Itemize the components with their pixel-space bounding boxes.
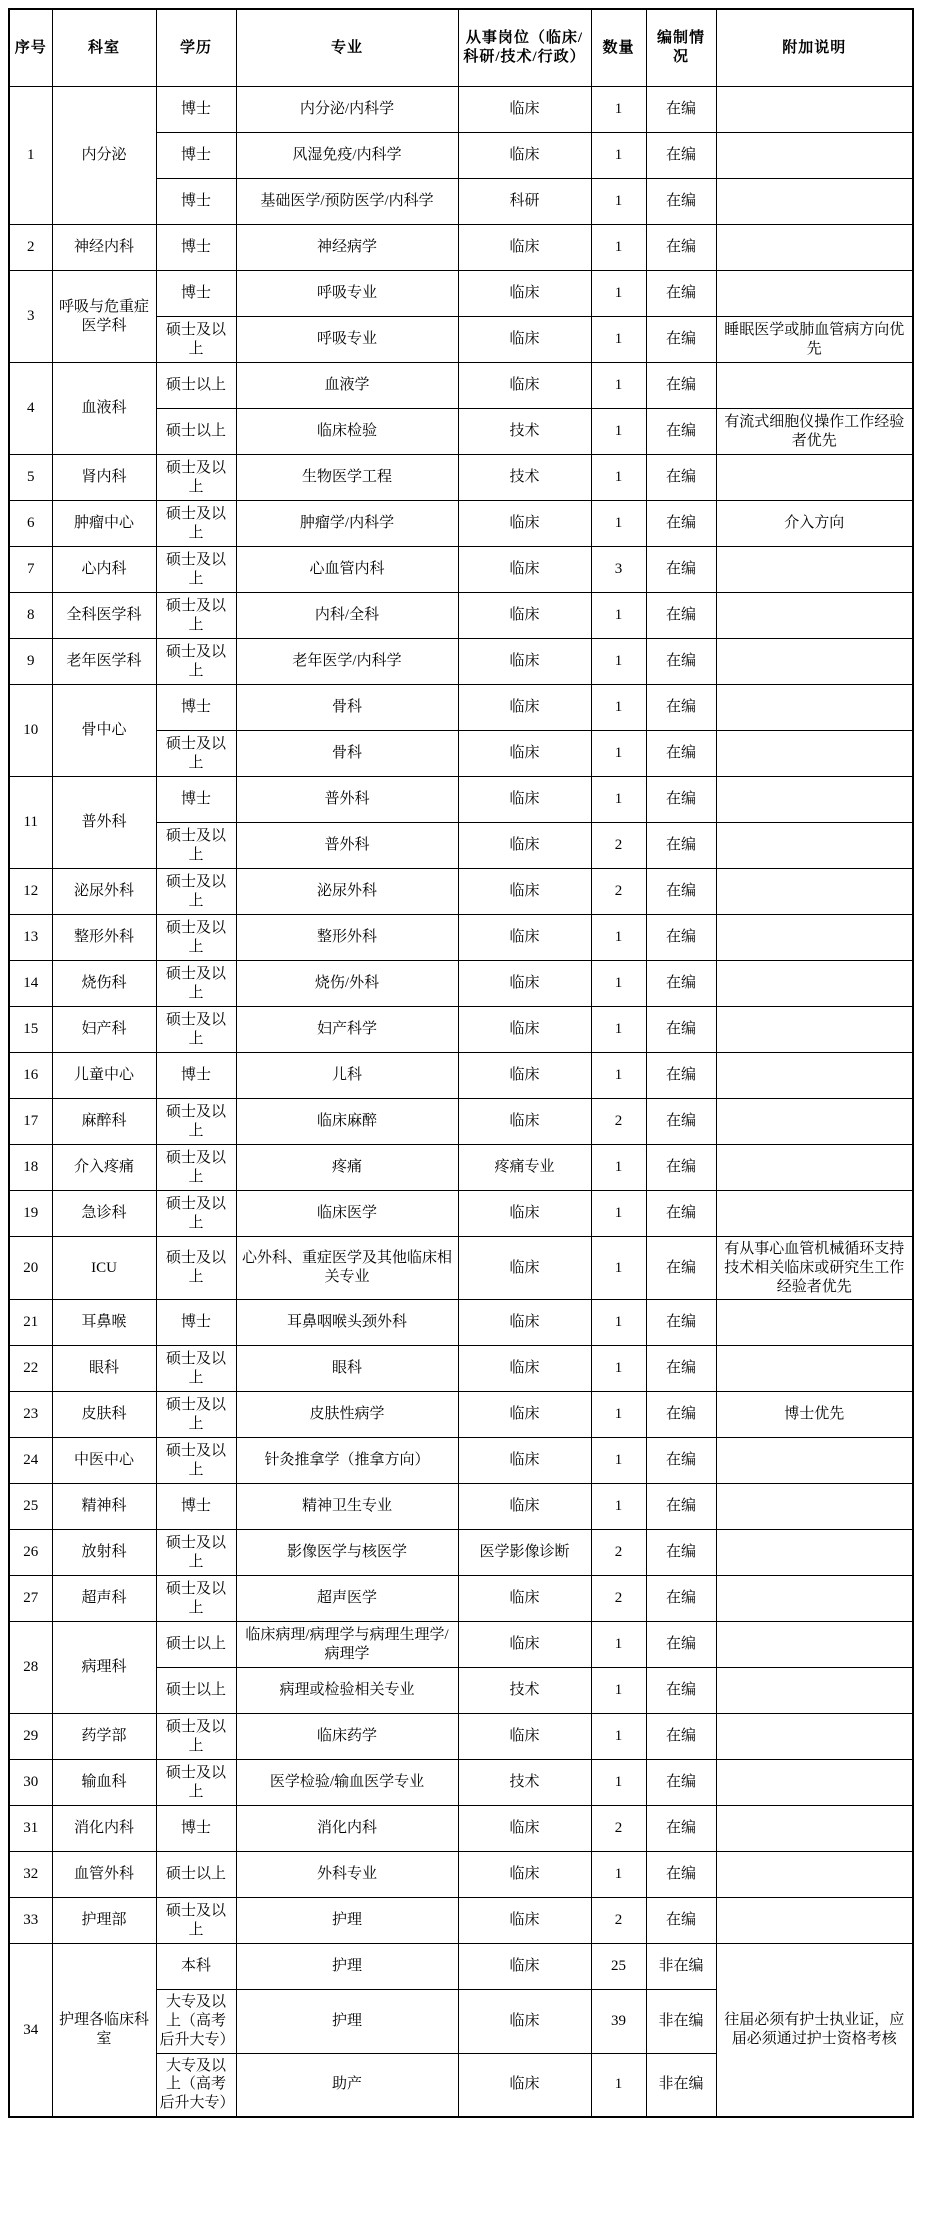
table-row: 22眼科硕士及以上眼科临床1在编 [9,1346,913,1392]
page: 序号科室学历专业从事岗位（临床/科研/技术/行政）数量编制情况附加说明 1内分泌… [0,0,926,2219]
major-cell: 护理 [236,1898,458,1944]
row-number-cell: 16 [9,1053,52,1099]
status-cell: 在编 [646,317,716,363]
department-cell: ICU [52,1237,156,1300]
table-row: 23皮肤科硕士及以上皮肤性病学临床1在编博士优先 [9,1392,913,1438]
note-cell [716,731,913,777]
count-cell: 1 [591,915,646,961]
table-row: 5肾内科硕士及以上生物医学工程技术1在编 [9,455,913,501]
note-cell [716,1145,913,1191]
status-cell: 在编 [646,731,716,777]
count-cell: 1 [591,2053,646,2117]
col-header-post: 从事岗位（临床/科研/技术/行政） [458,9,591,87]
department-cell: 心内科 [52,547,156,593]
count-cell: 1 [591,777,646,823]
col-header-note: 附加说明 [716,9,913,87]
table-row: 3呼吸与危重症医学科博士呼吸专业临床1在编 [9,271,913,317]
major-cell: 影像医学与核医学 [236,1530,458,1576]
education-cell: 硕士及以上 [156,1898,236,1944]
education-cell: 硕士及以上 [156,317,236,363]
major-cell: 皮肤性病学 [236,1392,458,1438]
major-cell: 妇产科学 [236,1007,458,1053]
row-number-cell: 18 [9,1145,52,1191]
major-cell: 基础医学/预防医学/内科学 [236,179,458,225]
education-cell: 博士 [156,1300,236,1346]
post-cell: 临床 [458,1007,591,1053]
post-cell: 临床 [458,1484,591,1530]
table-row: 2神经内科博士神经病学临床1在编 [9,225,913,271]
row-number-cell: 9 [9,639,52,685]
col-header-count: 数量 [591,9,646,87]
row-number-cell: 29 [9,1714,52,1760]
department-cell: 血液科 [52,363,156,455]
major-cell: 骨科 [236,731,458,777]
row-number-cell: 7 [9,547,52,593]
header-row: 序号科室学历专业从事岗位（临床/科研/技术/行政）数量编制情况附加说明 [9,9,913,87]
count-cell: 1 [591,1438,646,1484]
major-cell: 针灸推拿学（推拿方向） [236,1438,458,1484]
table-row: 19急诊科硕士及以上临床医学临床1在编 [9,1191,913,1237]
count-cell: 1 [591,1145,646,1191]
education-cell: 博士 [156,1484,236,1530]
department-cell: 全科医学科 [52,593,156,639]
post-cell: 临床 [458,1099,591,1145]
status-cell: 在编 [646,547,716,593]
table-row: 28病理科硕士以上临床病理/病理学与病理生理学/病理学临床1在编 [9,1622,913,1668]
department-cell: 烧伤科 [52,961,156,1007]
count-cell: 1 [591,593,646,639]
status-cell: 在编 [646,179,716,225]
major-cell: 耳鼻咽喉头颈外科 [236,1300,458,1346]
education-cell: 硕士以上 [156,1852,236,1898]
status-cell: 在编 [646,1392,716,1438]
table-row: 25精神科博士精神卫生专业临床1在编 [9,1484,913,1530]
education-cell: 硕士及以上 [156,869,236,915]
major-cell: 临床药学 [236,1714,458,1760]
col-header-no: 序号 [9,9,52,87]
education-cell: 硕士及以上 [156,1438,236,1484]
post-cell: 临床 [458,1806,591,1852]
table-row: 20ICU硕士及以上心外科、重症医学及其他临床相关专业临床1在编有从事心血管机械… [9,1237,913,1300]
major-cell: 骨科 [236,685,458,731]
table-row: 6肿瘤中心硕士及以上肿瘤学/内科学临床1在编介入方向 [9,501,913,547]
status-cell: 在编 [646,1714,716,1760]
count-cell: 1 [591,1852,646,1898]
row-number-cell: 6 [9,501,52,547]
major-cell: 老年医学/内科学 [236,639,458,685]
count-cell: 1 [591,501,646,547]
count-cell: 1 [591,1007,646,1053]
count-cell: 1 [591,317,646,363]
post-cell: 临床 [458,731,591,777]
row-number-cell: 24 [9,1438,52,1484]
department-cell: 药学部 [52,1714,156,1760]
status-cell: 在编 [646,639,716,685]
row-number-cell: 13 [9,915,52,961]
post-cell: 临床 [458,1053,591,1099]
status-cell: 在编 [646,1346,716,1392]
table-row: 16儿童中心博士儿科临床1在编 [9,1053,913,1099]
post-cell: 临床 [458,1898,591,1944]
education-cell: 硕士及以上 [156,639,236,685]
note-cell [716,1898,913,1944]
department-cell: 眼科 [52,1346,156,1392]
row-number-cell: 28 [9,1622,52,1714]
education-cell: 大专及以上（高考后升大专） [156,1990,236,2053]
department-cell: 耳鼻喉 [52,1300,156,1346]
count-cell: 1 [591,1237,646,1300]
row-number-cell: 19 [9,1191,52,1237]
post-cell: 临床 [458,87,591,133]
note-cell [716,225,913,271]
count-cell: 25 [591,1944,646,1990]
education-cell: 硕士及以上 [156,1007,236,1053]
table-row: 26放射科硕士及以上影像医学与核医学医学影像诊断2在编 [9,1530,913,1576]
row-number-cell: 15 [9,1007,52,1053]
count-cell: 1 [591,731,646,777]
table-row: 7心内科硕士及以上心血管内科临床3在编 [9,547,913,593]
department-cell: 麻醉科 [52,1099,156,1145]
count-cell: 1 [591,1191,646,1237]
count-cell: 1 [591,1760,646,1806]
major-cell: 护理 [236,1990,458,2053]
post-cell: 临床 [458,1990,591,2053]
count-cell: 1 [591,271,646,317]
count-cell: 1 [591,685,646,731]
major-cell: 护理 [236,1944,458,1990]
major-cell: 整形外科 [236,915,458,961]
post-cell: 临床 [458,317,591,363]
department-cell: 中医中心 [52,1438,156,1484]
status-cell: 在编 [646,869,716,915]
department-cell: 急诊科 [52,1191,156,1237]
department-cell: 骨中心 [52,685,156,777]
department-cell: 介入疼痛 [52,1145,156,1191]
count-cell: 2 [591,869,646,915]
status-cell: 非在编 [646,1990,716,2053]
table-row: 29药学部硕士及以上临床药学临床1在编 [9,1714,913,1760]
major-cell: 生物医学工程 [236,455,458,501]
education-cell: 博士 [156,87,236,133]
col-header-education: 学历 [156,9,236,87]
recruitment-table: 序号科室学历专业从事岗位（临床/科研/技术/行政）数量编制情况附加说明 1内分泌… [8,8,914,2118]
post-cell: 临床 [458,1944,591,1990]
row-number-cell: 21 [9,1300,52,1346]
count-cell: 2 [591,1530,646,1576]
table-row: 13整形外科硕士及以上整形外科临床1在编 [9,915,913,961]
note-cell [716,777,913,823]
count-cell: 2 [591,1099,646,1145]
education-cell: 硕士及以上 [156,1346,236,1392]
status-cell: 在编 [646,915,716,961]
table-body: 1内分泌博士内分泌/内科学临床1在编博士风湿免疫/内科学临床1在编博士基础医学/… [9,87,913,2117]
note-cell [716,685,913,731]
post-cell: 临床 [458,547,591,593]
education-cell: 博士 [156,179,236,225]
post-cell: 临床 [458,777,591,823]
major-cell: 内分泌/内科学 [236,87,458,133]
education-cell: 硕士以上 [156,409,236,455]
status-cell: 在编 [646,501,716,547]
post-cell: 技术 [458,1668,591,1714]
major-cell: 心血管内科 [236,547,458,593]
status-cell: 在编 [646,777,716,823]
education-cell: 硕士以上 [156,1668,236,1714]
post-cell: 技术 [458,1760,591,1806]
note-cell [716,1099,913,1145]
count-cell: 1 [591,1300,646,1346]
note-cell [716,1484,913,1530]
major-cell: 烧伤/外科 [236,961,458,1007]
col-header-department: 科室 [52,9,156,87]
count-cell: 1 [591,1714,646,1760]
status-cell: 在编 [646,133,716,179]
education-cell: 硕士及以上 [156,1191,236,1237]
count-cell: 1 [591,133,646,179]
row-number-cell: 2 [9,225,52,271]
row-number-cell: 11 [9,777,52,869]
status-cell: 在编 [646,1530,716,1576]
table-row: 17麻醉科硕士及以上临床麻醉临床2在编 [9,1099,913,1145]
row-number-cell: 12 [9,869,52,915]
department-cell: 儿童中心 [52,1053,156,1099]
note-cell: 介入方向 [716,501,913,547]
post-cell: 临床 [458,1346,591,1392]
count-cell: 1 [591,639,646,685]
major-cell: 精神卫生专业 [236,1484,458,1530]
department-cell: 超声科 [52,1576,156,1622]
major-cell: 临床医学 [236,1191,458,1237]
status-cell: 在编 [646,1191,716,1237]
education-cell: 硕士及以上 [156,1237,236,1300]
department-cell: 消化内科 [52,1806,156,1852]
department-cell: 普外科 [52,777,156,869]
post-cell: 临床 [458,869,591,915]
row-number-cell: 1 [9,87,52,225]
status-cell: 在编 [646,455,716,501]
note-cell [716,823,913,869]
major-cell: 临床检验 [236,409,458,455]
note-cell [716,593,913,639]
post-cell: 临床 [458,685,591,731]
status-cell: 非在编 [646,2053,716,2117]
post-cell: 临床 [458,1714,591,1760]
post-cell: 临床 [458,225,591,271]
row-number-cell: 34 [9,1944,52,2117]
major-cell: 血液学 [236,363,458,409]
status-cell: 在编 [646,1237,716,1300]
table-row: 21耳鼻喉博士耳鼻咽喉头颈外科临床1在编 [9,1300,913,1346]
department-cell: 护理各临床科室 [52,1944,156,2117]
table-header: 序号科室学历专业从事岗位（临床/科研/技术/行政）数量编制情况附加说明 [9,9,913,87]
status-cell: 在编 [646,1760,716,1806]
count-cell: 1 [591,1392,646,1438]
note-cell: 有流式细胞仪操作工作经验者优先 [716,409,913,455]
note-cell [716,1622,913,1668]
table-row: 10骨中心博士骨科临床1在编 [9,685,913,731]
post-cell: 临床 [458,961,591,1007]
note-cell [716,455,913,501]
department-cell: 泌尿外科 [52,869,156,915]
education-cell: 博士 [156,271,236,317]
count-cell: 1 [591,455,646,501]
note-cell: 睡眠医学或肺血管病方向优先 [716,317,913,363]
post-cell: 临床 [458,1191,591,1237]
table-row: 11普外科博士普外科临床1在编 [9,777,913,823]
education-cell: 硕士及以上 [156,731,236,777]
major-cell: 普外科 [236,823,458,869]
status-cell: 在编 [646,87,716,133]
note-cell [716,133,913,179]
note-cell [716,1300,913,1346]
post-cell: 临床 [458,1576,591,1622]
education-cell: 硕士及以上 [156,915,236,961]
note-cell [716,1053,913,1099]
count-cell: 3 [591,547,646,593]
note-cell [716,1806,913,1852]
major-cell: 医学检验/输血医学专业 [236,1760,458,1806]
post-cell: 临床 [458,133,591,179]
note-cell [716,1852,913,1898]
post-cell: 临床 [458,593,591,639]
status-cell: 在编 [646,1099,716,1145]
major-cell: 神经病学 [236,225,458,271]
post-cell: 临床 [458,2053,591,2117]
row-number-cell: 4 [9,363,52,455]
row-number-cell: 22 [9,1346,52,1392]
status-cell: 在编 [646,1053,716,1099]
education-cell: 博士 [156,1053,236,1099]
note-cell [716,869,913,915]
note-cell: 博士优先 [716,1392,913,1438]
note-cell: 有从事心血管机械循环支持技术相关临床或研究生工作经验者优先 [716,1237,913,1300]
count-cell: 2 [591,1806,646,1852]
department-cell: 精神科 [52,1484,156,1530]
post-cell: 技术 [458,409,591,455]
education-cell: 硕士及以上 [156,1760,236,1806]
note-cell [716,1576,913,1622]
table-row: 4血液科硕士以上血液学临床1在编 [9,363,913,409]
education-cell: 硕士及以上 [156,501,236,547]
department-cell: 肾内科 [52,455,156,501]
education-cell: 硕士及以上 [156,455,236,501]
count-cell: 1 [591,1622,646,1668]
count-cell: 39 [591,1990,646,2053]
status-cell: 在编 [646,1484,716,1530]
table-row: 27超声科硕士及以上超声医学临床2在编 [9,1576,913,1622]
status-cell: 在编 [646,1806,716,1852]
major-cell: 普外科 [236,777,458,823]
post-cell: 临床 [458,1392,591,1438]
post-cell: 临床 [458,363,591,409]
education-cell: 硕士及以上 [156,961,236,1007]
department-cell: 放射科 [52,1530,156,1576]
note-cell: 往届必须有护士执业证，应届必须通过护士资格考核 [716,1944,913,2117]
post-cell: 临床 [458,915,591,961]
table-row: 33护理部硕士及以上护理临床2在编 [9,1898,913,1944]
education-cell: 硕士及以上 [156,547,236,593]
count-cell: 1 [591,1484,646,1530]
count-cell: 1 [591,961,646,1007]
row-number-cell: 20 [9,1237,52,1300]
count-cell: 1 [591,1053,646,1099]
department-cell: 护理部 [52,1898,156,1944]
major-cell: 外科专业 [236,1852,458,1898]
major-cell: 呼吸专业 [236,317,458,363]
note-cell [716,363,913,409]
table-row: 9老年医学科硕士及以上老年医学/内科学临床1在编 [9,639,913,685]
status-cell: 在编 [646,409,716,455]
education-cell: 硕士及以上 [156,1145,236,1191]
major-cell: 内科/全科 [236,593,458,639]
major-cell: 风湿免疫/内科学 [236,133,458,179]
note-cell [716,1760,913,1806]
table-row: 12泌尿外科硕士及以上泌尿外科临床2在编 [9,869,913,915]
note-cell [716,1530,913,1576]
major-cell: 疼痛 [236,1145,458,1191]
department-cell: 血管外科 [52,1852,156,1898]
note-cell [716,1714,913,1760]
table-row: 18介入疼痛硕士及以上疼痛疼痛专业1在编 [9,1145,913,1191]
count-cell: 1 [591,87,646,133]
department-cell: 病理科 [52,1622,156,1714]
status-cell: 在编 [646,1300,716,1346]
table-row: 15妇产科硕士及以上妇产科学临床1在编 [9,1007,913,1053]
post-cell: 临床 [458,501,591,547]
department-cell: 妇产科 [52,1007,156,1053]
department-cell: 肿瘤中心 [52,501,156,547]
count-cell: 1 [591,1346,646,1392]
status-cell: 在编 [646,1007,716,1053]
status-cell: 在编 [646,271,716,317]
count-cell: 1 [591,1668,646,1714]
row-number-cell: 3 [9,271,52,363]
note-cell [716,1438,913,1484]
education-cell: 硕士及以上 [156,1576,236,1622]
row-number-cell: 14 [9,961,52,1007]
education-cell: 硕士以上 [156,1622,236,1668]
table-row: 24中医中心硕士及以上针灸推拿学（推拿方向）临床1在编 [9,1438,913,1484]
department-cell: 老年医学科 [52,639,156,685]
post-cell: 临床 [458,1237,591,1300]
status-cell: 在编 [646,1145,716,1191]
department-cell: 输血科 [52,1760,156,1806]
note-cell [716,1191,913,1237]
count-cell: 2 [591,1898,646,1944]
major-cell: 病理或检验相关专业 [236,1668,458,1714]
row-number-cell: 8 [9,593,52,639]
status-cell: 在编 [646,1576,716,1622]
major-cell: 肿瘤学/内科学 [236,501,458,547]
count-cell: 1 [591,363,646,409]
major-cell: 心外科、重症医学及其他临床相关专业 [236,1237,458,1300]
status-cell: 在编 [646,225,716,271]
status-cell: 在编 [646,823,716,869]
col-header-status: 编制情况 [646,9,716,87]
education-cell: 硕士及以上 [156,1530,236,1576]
education-cell: 硕士以上 [156,363,236,409]
status-cell: 在编 [646,1622,716,1668]
table-row: 8全科医学科硕士及以上内科/全科临床1在编 [9,593,913,639]
row-number-cell: 23 [9,1392,52,1438]
count-cell: 2 [591,1576,646,1622]
row-number-cell: 32 [9,1852,52,1898]
education-cell: 硕士及以上 [156,823,236,869]
status-cell: 在编 [646,1898,716,1944]
post-cell: 科研 [458,179,591,225]
major-cell: 临床麻醉 [236,1099,458,1145]
department-cell: 内分泌 [52,87,156,225]
